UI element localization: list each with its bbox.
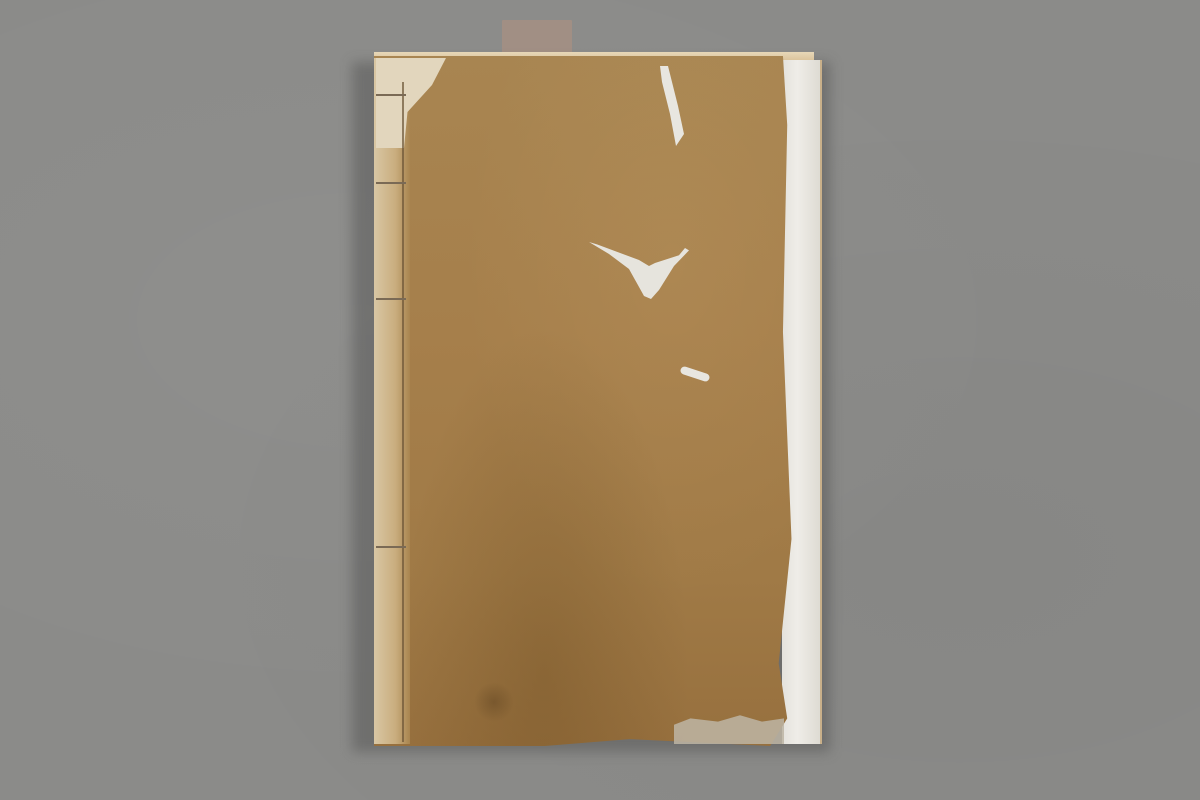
stitch	[376, 298, 406, 300]
stain	[474, 682, 514, 722]
stitch	[376, 94, 406, 96]
stitch	[376, 546, 406, 548]
book-spine	[374, 58, 410, 744]
binding-thread	[402, 82, 404, 742]
book	[374, 52, 820, 746]
book-cover	[374, 56, 800, 746]
stitch	[376, 182, 406, 184]
page-side-edge	[782, 60, 822, 744]
